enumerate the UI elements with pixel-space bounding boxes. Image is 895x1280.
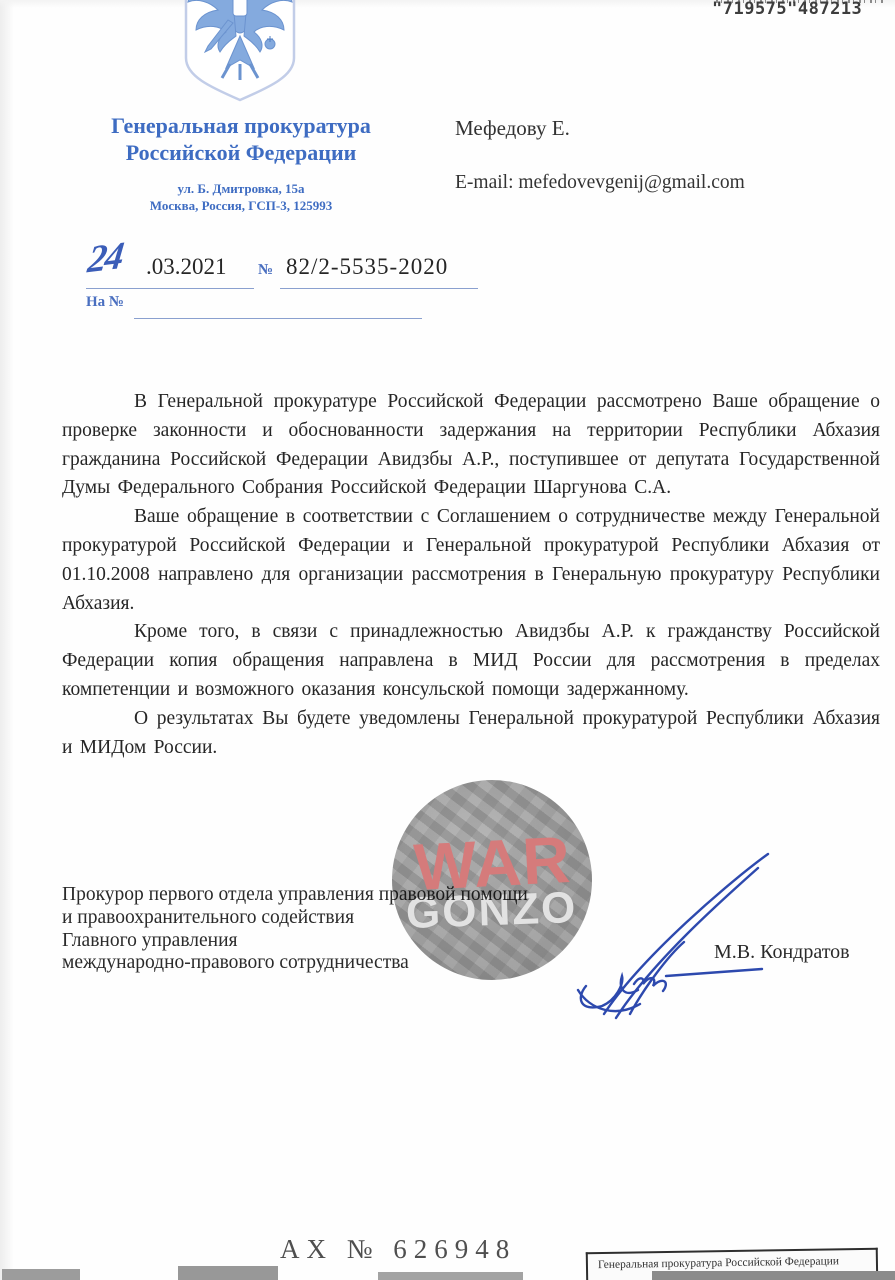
date-underline	[86, 288, 254, 289]
letter-body: В Генеральной прокуратуре Российской Фед…	[62, 388, 880, 762]
scan-artifact-bar	[378, 1272, 523, 1280]
scan-artifact-bar	[652, 1271, 895, 1280]
org-address-line2: Москва, Россия, ГСП-3, 125993	[58, 197, 424, 214]
handwritten-date-day: 24	[85, 233, 124, 282]
page-edge-shadow-left	[0, 0, 14, 1280]
org-name-line2: Российской Федерации	[58, 139, 424, 166]
incoming-ref-label: На №	[86, 294, 124, 311]
scan-artifact-bar	[178, 1266, 278, 1280]
body-paragraph: О результатах Вы будете уведомлены Генер…	[62, 705, 880, 763]
letterhead: Генеральная прокуратура Российской Федер…	[58, 112, 424, 214]
body-paragraph: В Генеральной прокуратуре Российской Фед…	[62, 388, 880, 503]
wargonzo-watermark: WAR GONZO	[392, 780, 592, 980]
watermark-word-gonzo: GONZO	[406, 886, 579, 936]
scanned-letter-page: "719575"487213 Генеральн	[0, 0, 895, 1280]
date-month-year: .03.2021	[146, 254, 227, 280]
blank-form-number: АХ № 626948	[280, 1234, 516, 1265]
outgoing-number-underline	[280, 288, 478, 289]
number-sign: №	[258, 262, 273, 279]
coat-of-arms-icon	[176, 0, 304, 108]
outgoing-number: 82/2-5535-2020	[286, 254, 448, 280]
scan-artifact-bar	[2, 1269, 80, 1280]
org-name-line1: Генеральная прокуратура	[58, 112, 424, 139]
incoming-ref-underline	[134, 318, 422, 319]
body-paragraph: Ваше обращение в соответствии с Соглашен…	[62, 503, 880, 618]
signer-name: М.В. Кондратов	[714, 941, 850, 964]
signature-scribble	[572, 838, 832, 1033]
body-paragraph: Кроме того, в связи с принадлежностью Ав…	[62, 618, 880, 704]
recipient-name: Мефедову Е.	[455, 116, 570, 141]
org-address-line1: ул. Б. Дмитровка, 15а	[58, 180, 424, 197]
serial-number: "719575"487213	[712, 0, 895, 19]
recipient-email: E-mail: mefedovevgenij@gmail.com	[455, 172, 745, 194]
